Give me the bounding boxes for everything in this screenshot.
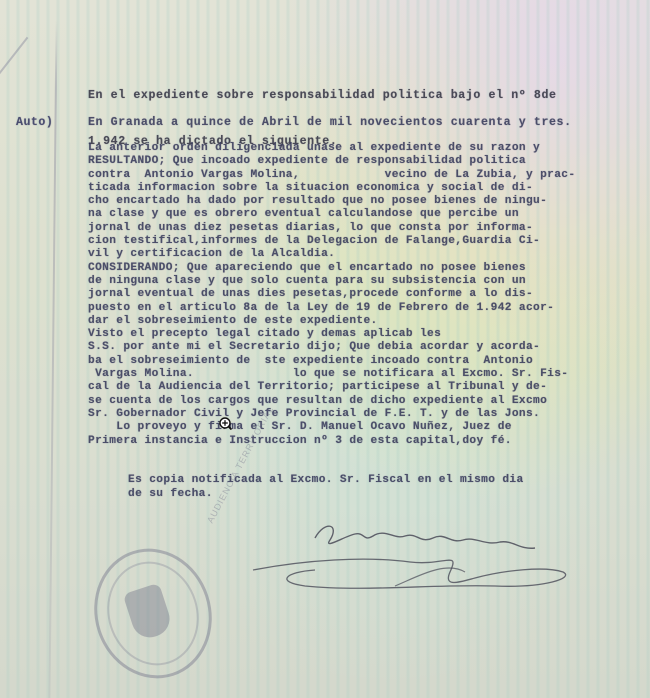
text-line: Primera instancia e Instruccion nº 3 de … bbox=[88, 435, 575, 448]
text-line: jornal eventual de unas dies pesetas,pro… bbox=[88, 288, 575, 301]
text-line: se cuenta de los cargos que resultan de … bbox=[88, 395, 575, 408]
document-body: La anterior orden diligenciada unase al … bbox=[88, 142, 575, 448]
text-line: cion testifical,informes de la Delegacio… bbox=[88, 235, 575, 248]
text-line: contra Antonio Vargas Molina, vecino de … bbox=[88, 169, 575, 182]
text-line: CONSIDERANDO; Que apareciendo que el enc… bbox=[88, 262, 575, 275]
text-line: ticada informacion sobre la situacion ec… bbox=[88, 182, 575, 195]
notification-note: Es copia notificada al Excmo. Sr. Fiscal… bbox=[128, 474, 524, 501]
text-line: jornal de unas diez pesetas diarias, lo … bbox=[88, 222, 575, 235]
text-line: ba el sobreseimiento de ste expediente i… bbox=[88, 355, 575, 368]
text-line: La anterior orden diligenciada unase al … bbox=[88, 142, 575, 155]
text-line: Visto el precepto legal citado y demas a… bbox=[88, 328, 575, 341]
text-line: Sr. Gobernador Civil y Jefe Provincial d… bbox=[88, 408, 575, 421]
text-line: cho encartado ha dado por resultado que … bbox=[88, 195, 575, 208]
text-line: puesto en el articulo 8a de la Ley de 19… bbox=[88, 302, 575, 315]
text-line: dar el sobreseimiento de este expediente… bbox=[88, 315, 575, 328]
text-line: cal de la Audiencia del Territorio; part… bbox=[88, 381, 575, 394]
text-line: S.S. por ante mi el Secretario dijo; Que… bbox=[88, 341, 575, 354]
text-line: Es copia notificada al Excmo. Sr. Fiscal… bbox=[128, 474, 524, 488]
text-line: vil y certificacion de la Alcaldia. bbox=[88, 248, 575, 261]
text-line: de ninguna clase y que solo cuenta para … bbox=[88, 275, 575, 288]
zoom-in-cursor-icon bbox=[219, 417, 232, 430]
text-line: RESULTANDO; Que incoado expediente de re… bbox=[88, 155, 575, 168]
auto-margin-label: Auto) bbox=[16, 116, 53, 129]
header-line: En el expediente sobre responsabilidad p… bbox=[88, 89, 557, 102]
text-line: Vargas Molina. lo que se notificara al E… bbox=[88, 368, 575, 381]
text-line: Lo proveyo y firma el Sr. D. Manuel Ocav… bbox=[88, 421, 575, 434]
opening-line: En Granada a quince de Abril de mil nove… bbox=[88, 116, 572, 129]
text-line: na clase y que es obrero eventual calcul… bbox=[88, 208, 575, 221]
handwritten-signature bbox=[245, 510, 575, 610]
text-line: de su fecha. bbox=[128, 488, 524, 502]
